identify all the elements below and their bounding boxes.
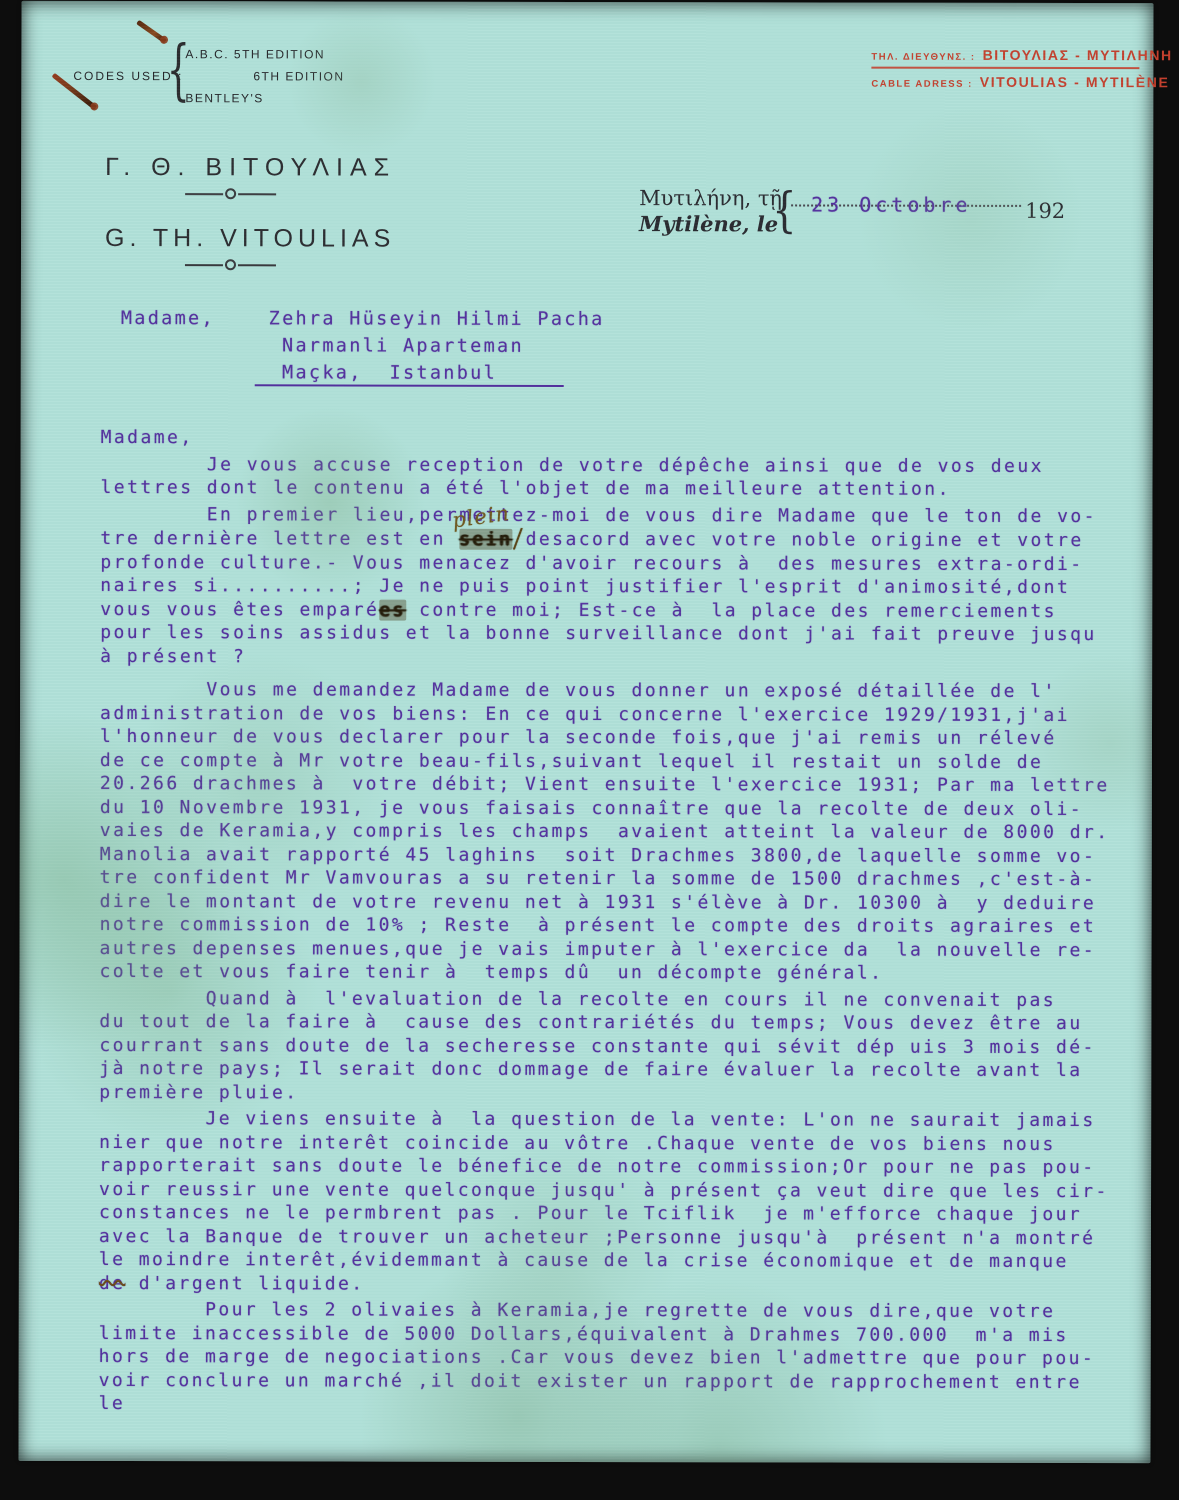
typed-segment: administration de vos biens: En ce qui c… [100, 702, 1070, 725]
paragraph: Je vous accuse reception de votre dépêch… [100, 452, 1130, 501]
typed-segment: Je vous accuse reception de votre dépêch… [101, 453, 1044, 476]
brace-glyph: { [772, 182, 797, 238]
typed-segment: le [99, 1393, 126, 1414]
typed-segment: vous vous êtes emparé [100, 598, 379, 620]
typed-segment-strike: de [99, 1272, 126, 1293]
place-french: Mytilène, le [639, 211, 782, 236]
typed-line: rapporterait sans doute le bénefice de n… [99, 1154, 1129, 1180]
typed-segment: constances ne le permbrent pas . Pour le… [99, 1202, 1082, 1225]
typed-segment-ob: es [379, 599, 406, 620]
typed-line: autres depenses menues,que je vais imput… [100, 936, 1130, 962]
typed-line: avec la Banque de trouver un acheteur ;P… [99, 1224, 1129, 1250]
typed-segment: lettres dont le contenu a été l'objet de… [100, 477, 950, 500]
typed-segment-u: Maçka, Istanbul [255, 362, 564, 387]
typed-line: du tout de la faire à cause des contrari… [99, 1010, 1129, 1036]
cable-address-label: CABLE ADRESS : [871, 79, 972, 90]
typed-segment: colte et vous faire tenir à temps dû un … [99, 961, 883, 984]
typed-line: limite inaccessible de 5000 Dollars,équi… [99, 1321, 1129, 1347]
telegraph-address-label: ΤΗΛ. ΔΙΕΥΘΥΝΣ. : [871, 52, 975, 63]
typed-line: le moindre interêt,évidemmant à cause de… [99, 1248, 1129, 1274]
typed-segment: jà notre pays; Il serait donc dommage de… [99, 1058, 1082, 1081]
typed-line: nier que notre interêt coincide au vôtre… [99, 1130, 1129, 1156]
typed-line: jà notre pays; Il serait donc dommage de… [99, 1057, 1129, 1083]
typed-segment: rapporterait sans doute le bénefice de n… [99, 1155, 1096, 1178]
typed-segment: notre commission de 10% ; Reste à présen… [100, 914, 1097, 937]
typed-segment: contre moi; Est-ce à la place des remerc… [406, 599, 1057, 621]
typed-segment: courrant sans doute de la secheresse con… [99, 1034, 1096, 1057]
telegraph-address-value: ΒΙΤΟΥΛΙΑΣ - ΜΥΤΙΛΗΝΗ [983, 47, 1173, 63]
typed-segment: le moindre interêt,évidemmant à cause de… [99, 1249, 1069, 1272]
typed-line: dire le montant de votre revenu net à 19… [100, 889, 1130, 915]
typed-line: 20.266 drachmes à votre débit; Vient ens… [100, 772, 1130, 798]
typed-line: Madame, [101, 426, 1131, 452]
typed-line: voir reussir une vente quelconque jusqu'… [99, 1177, 1129, 1203]
typed-line: administration de vos biens: En ce qui c… [100, 701, 1130, 727]
typed-segment: desacord avec votre noble origine et vot… [526, 529, 1084, 551]
typed-line: pour les soins assidus et la bonne surve… [100, 621, 1130, 647]
typed-segment [121, 362, 255, 383]
typed-line: vous vous êtes emparées contre moi; Est-… [100, 597, 1130, 623]
paragraph: Je viens ensuite à la question de la ven… [99, 1107, 1129, 1297]
typed-line: Je vous accuse reception de votre dépêch… [101, 452, 1131, 478]
typed-line: notre commission de 10% ; Reste à présen… [100, 913, 1130, 939]
typed-segment: nier que notre interêt coincide au vôtre… [99, 1131, 1056, 1154]
typed-line: Quand à l'evaluation de la recolte en co… [99, 986, 1129, 1012]
recipient-block: Madame, Zehra Hüseyin Hilmi Pacha Narman… [121, 305, 605, 387]
typed-line: Pour les 2 olivaies à Keramia,je regrett… [99, 1298, 1129, 1324]
typed-segment: tre dernière lettre est en [100, 528, 459, 550]
place-greek: Μυτιλήνη, τῇ [639, 186, 782, 211]
printed-year: 192 [1025, 199, 1065, 223]
typed-segment: du tout de la faire à cause des contrari… [99, 1011, 1082, 1034]
typed-segment: limite inaccessible de 5000 Dollars,équi… [99, 1322, 1069, 1345]
typed-line: constances ne le permbrent pas . Pour le… [99, 1201, 1129, 1227]
ornament-divider [105, 260, 355, 270]
typed-line: Narmanli Aparteman [121, 332, 605, 360]
typed-line: tre dernière lettre est en seinplein∕des… [100, 526, 1130, 553]
typed-segment: voir conclure un marché ,il doit exister… [99, 1369, 1082, 1392]
typed-segment: à présent ? [100, 645, 246, 666]
typed-line: courrant sans doute de la secheresse con… [99, 1033, 1129, 1059]
ring-ornament-icon [225, 188, 236, 199]
rust-pin-mark [136, 20, 167, 44]
typed-segment: autres depenses menues,que je vais imput… [100, 937, 1097, 960]
paragraph: Vous me demandez Madame de vous donner u… [99, 678, 1130, 986]
typed-segment: Pour les 2 olivaies à Keramia,je regrett… [99, 1299, 1056, 1322]
paragraph: En premier lieu,permettez-moi de vous di… [100, 502, 1130, 670]
typed-segment: naires si..........; Je ne puis point ju… [100, 575, 1070, 598]
code-item: A.B.C. 5TH EDITION [185, 43, 344, 65]
typed-segment: de ce compte à Mr votre beau-fils,suivan… [100, 749, 1043, 772]
typed-segment: profonde culture.- Vous menacez d'avoir … [100, 551, 1083, 574]
typed-segment: Quand à l'evaluation de la recolte en co… [99, 987, 1056, 1010]
typed-segment: Narmanli Aparteman [121, 335, 524, 357]
typed-line: à présent ? [100, 644, 1130, 670]
typed-line: profonde culture.- Vous menacez d'avoir … [100, 550, 1130, 576]
typed-line: Manolia avait rapporté 45 laghins soit D… [100, 842, 1130, 868]
typed-line: le [99, 1392, 1129, 1418]
typed-segment: avec la Banque de trouver un acheteur ;P… [99, 1225, 1096, 1248]
typed-line: voir conclure un marché ,il doit exister… [99, 1368, 1129, 1394]
typed-line: tre confident Mr Vamvouras a su retenir … [100, 866, 1130, 892]
typed-line: colte et vous faire tenir à temps dû un … [99, 960, 1129, 986]
typed-segment: Vous me demandez Madame de vous donner u… [100, 679, 1057, 702]
typed-segment: Madame, [101, 427, 194, 448]
letter-paper: CODES USED : { A.B.C. 5TH EDITION 6TH ED… [18, 1, 1153, 1463]
paragraph: Pour les 2 olivaies à Keramia,je regrett… [99, 1298, 1129, 1418]
typed-segment: voir reussir une vente quelconque jusqu'… [99, 1178, 1109, 1201]
code-item: 6TH EDITION [253, 65, 344, 87]
letterhead-latin-name: G. TH. VITOULIAS [105, 224, 355, 254]
cable-address-value: VITOULIAS - MYTILÈNE [980, 74, 1170, 90]
typed-line: hors de marge de negociations .Car vous … [99, 1345, 1129, 1371]
cable-address-block: ΤΗΛ. ΔΙΕΥΘΥΝΣ. : ΒΙΤΟΥΛΙΑΣ - ΜΥΤΙΛΗΝΗ CA… [871, 47, 1139, 91]
typed-line: naires si..........; Je ne puis point ju… [100, 574, 1130, 600]
typed-line: Maçka, Istanbul [121, 359, 605, 387]
typed-segment: l'honneur de vous declarer pour la secon… [100, 726, 1057, 749]
typed-segment: hors de marge de negociations .Car vous … [99, 1346, 1096, 1369]
typed-segment: dire le montant de votre revenu net à 19… [100, 890, 1097, 913]
typed-line: Madame, Zehra Hüseyin Hilmi Pacha [121, 305, 605, 333]
typed-segment: du 10 Novembre 1931, je vous faisais con… [100, 796, 1083, 819]
paragraph: Madame, [101, 426, 1131, 452]
typed-line: du 10 Novembre 1931, je vous faisais con… [100, 795, 1130, 821]
dateline: Μυτιλήνη, τῇ Mytilène, le { 23 Octobre 1… [639, 186, 782, 236]
code-item: BENTLEY'S [185, 87, 344, 109]
typed-segment: tre confident Mr Vamvouras a su retenir … [100, 867, 1097, 890]
typed-segment: Je viens ensuite à la question de la ven… [99, 1108, 1096, 1131]
ring-ornament-icon [224, 259, 235, 270]
typed-segment: d'argent liquide. [125, 1273, 364, 1295]
typed-date: 23 Octobre [811, 192, 971, 216]
typed-segment: première pluie. [99, 1081, 298, 1102]
letter-body: Madame, Je vous accuse reception de votr… [99, 426, 1131, 1418]
codes-list: A.B.C. 5TH EDITION 6TH EDITION BENTLEY'S [185, 43, 344, 109]
typed-line: de ce compte à Mr votre beau-fils,suivan… [100, 748, 1130, 774]
typed-segment: pour les soins assidus et la bonne surve… [100, 622, 1097, 645]
typed-segment: En premier lieu,permettez-moi de vous di… [100, 503, 1097, 526]
typed-line: vaies de Keramia,y compris les champs av… [100, 819, 1130, 845]
typed-segment: 20.266 drachmes à votre débit; Vient ens… [100, 773, 1110, 796]
typed-line: Vous me demandez Madame de vous donner u… [100, 678, 1130, 704]
typed-segment: vaies de Keramia,y compris les champs av… [100, 820, 1110, 843]
typed-line: première pluie. [99, 1080, 1129, 1106]
typed-segment-slash: ∕ [511, 521, 526, 558]
typed-line: lettres dont le contenu a été l'objet de… [100, 476, 1130, 502]
ornament-divider [105, 189, 355, 199]
typed-segment-ob: sein [459, 529, 512, 550]
typed-line: l'honneur de vous declarer pour la secon… [100, 725, 1130, 751]
letterhead-greek-name: Γ. Θ. ΒΙΤΟΥΛΙΑΣ [105, 153, 355, 183]
typed-segment: Madame, Zehra Hüseyin Hilmi Pacha [121, 308, 605, 330]
red-divider [871, 67, 1139, 70]
typed-line: de d'argent liquide. [99, 1271, 1129, 1297]
paragraph: Quand à l'evaluation de la recolte en co… [99, 986, 1129, 1106]
typed-line: Je viens ensuite à la question de la ven… [99, 1107, 1129, 1133]
scan-background: { "colors": { "ink": "#54309e", "red": "… [0, 0, 1179, 1500]
typed-line: En premier lieu,permettez-moi de vous di… [100, 502, 1130, 528]
typed-segment: Manolia avait rapporté 45 laghins soit D… [100, 843, 1097, 866]
letterhead: Γ. Θ. ΒΙΤΟΥΛΙΑΣ G. TH. VITOULIAS [105, 153, 355, 270]
